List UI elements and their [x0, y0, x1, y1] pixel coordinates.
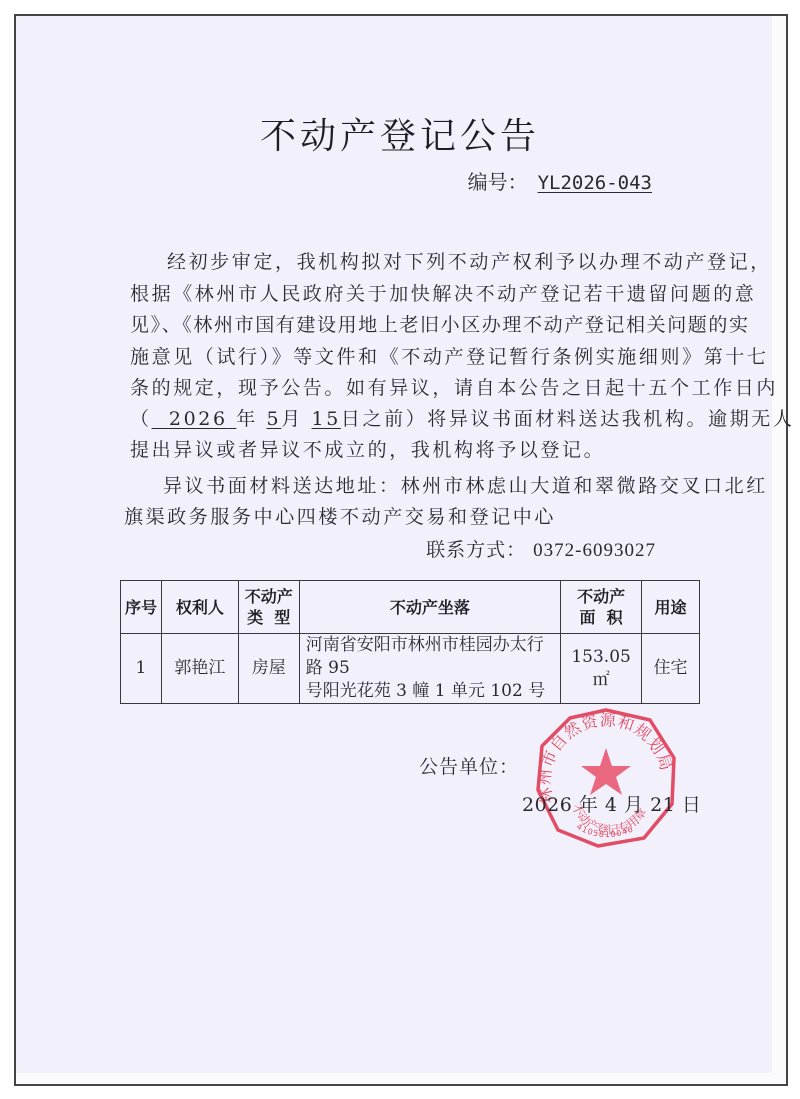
header-location: 不动产坐落 — [299, 581, 560, 634]
deadline-open-paren: （ — [130, 408, 152, 430]
deadline-day: 15 — [312, 408, 341, 430]
cell-area: 153.05 ㎡ — [561, 634, 642, 704]
cell-location-line1: 河南省安阳市林州市桂园办太行路 95 — [306, 634, 560, 680]
deadline-month-suffix: 月 — [281, 408, 303, 430]
cell-holder: 郭艳江 — [161, 634, 238, 704]
registration-table: 序号 权利人 不动产 类 型 不动产坐落 不动产 面 积 用途 1 郭艳江 房屋… — [120, 580, 700, 704]
cell-usage: 住宅 — [642, 634, 700, 704]
paragraph-line: 提出异议或者异议不成立的，我机构将予以登记。 — [130, 438, 660, 462]
paragraph-line: 施意见（试行）》等文件和《不动产登记暂行条例实施细则》第十七 — [130, 345, 660, 369]
header-area: 不动产 面 积 — [561, 581, 642, 634]
document-number-value: YL2026-043 — [528, 172, 652, 194]
announcement-date: 2026 年 4 月 21 日 — [522, 790, 701, 817]
cell-type: 房屋 — [238, 634, 299, 704]
cell-location-line2: 号阳光花苑 3 幢 1 单元 102 号 — [306, 680, 560, 703]
address-line: 异议书面材料送达地址：林州市林虑山大道和翠微路交叉口北红 — [163, 474, 658, 498]
header-usage: 用途 — [642, 581, 700, 634]
paragraph-line: 条的规定，现予公告。如有异议，请自本公告之日起十五个工作日内 — [130, 376, 660, 400]
deadline-month: 5 — [267, 408, 282, 430]
paragraph-line: 经初步审定，我机构拟对下列不动产权利予以办理不动产登记， — [167, 250, 662, 274]
contact-label: 联系方式： — [426, 539, 526, 561]
issuer-label: 公告单位： — [419, 752, 519, 779]
address-line: 旗渠政务服务中心四楼不动产交易和登记中心 — [124, 505, 654, 529]
paragraph-line: 见》、《林州市国有建设用地上老旧小区办理不动产登记相关问题的实 — [130, 313, 660, 337]
header-area-line1: 不动产 — [561, 586, 641, 607]
official-seal-icon: 林州市自然资源和规划局 不动产登记专用章 4105810046 — [532, 706, 680, 848]
contact-info: 联系方式： 0372-6093027 — [426, 535, 656, 562]
deadline-line: （ 2026 年 5月 15日之前）将异议书面材料送达我机构。逾期无人 — [130, 407, 660, 431]
contact-phone: 0372-6093027 — [533, 540, 656, 561]
header-area-line2: 面 积 — [561, 607, 641, 628]
header-holder: 权利人 — [161, 581, 238, 634]
deadline-year: 2026 — [152, 408, 237, 430]
scanned-paper — [16, 16, 772, 1073]
header-type-line2: 类 型 — [239, 607, 299, 628]
page-frame — [14, 14, 788, 1086]
header-type-line1: 不动产 — [239, 586, 299, 607]
deadline-rest: 日之前）将异议书面材料送达我机构。逾期无人 — [341, 408, 795, 430]
table-row: 1 郭艳江 房屋 河南省安阳市林州市桂园办太行路 95 号阳光花苑 3 幢 1 … — [121, 634, 700, 704]
paragraph-line: 根据《林州市人民政府关于加快解决不动产登记若干遗留问题的意 — [130, 282, 660, 306]
deadline-year-value: 2026 — [169, 408, 228, 430]
document-number-label: 编号： — [468, 170, 528, 194]
header-seq: 序号 — [121, 581, 162, 634]
header-type: 不动产 类 型 — [238, 581, 299, 634]
document-number: 编号：YL2026-043 — [468, 166, 652, 195]
cell-seq: 1 — [121, 634, 162, 704]
deadline-year-suffix: 年 — [236, 408, 258, 430]
cell-location: 河南省安阳市林州市桂园办太行路 95 号阳光花苑 3 幢 1 单元 102 号 — [299, 634, 560, 704]
document-title: 不动产登记公告 — [0, 108, 800, 159]
table-header-row: 序号 权利人 不动产 类 型 不动产坐落 不动产 面 积 用途 — [121, 581, 700, 634]
